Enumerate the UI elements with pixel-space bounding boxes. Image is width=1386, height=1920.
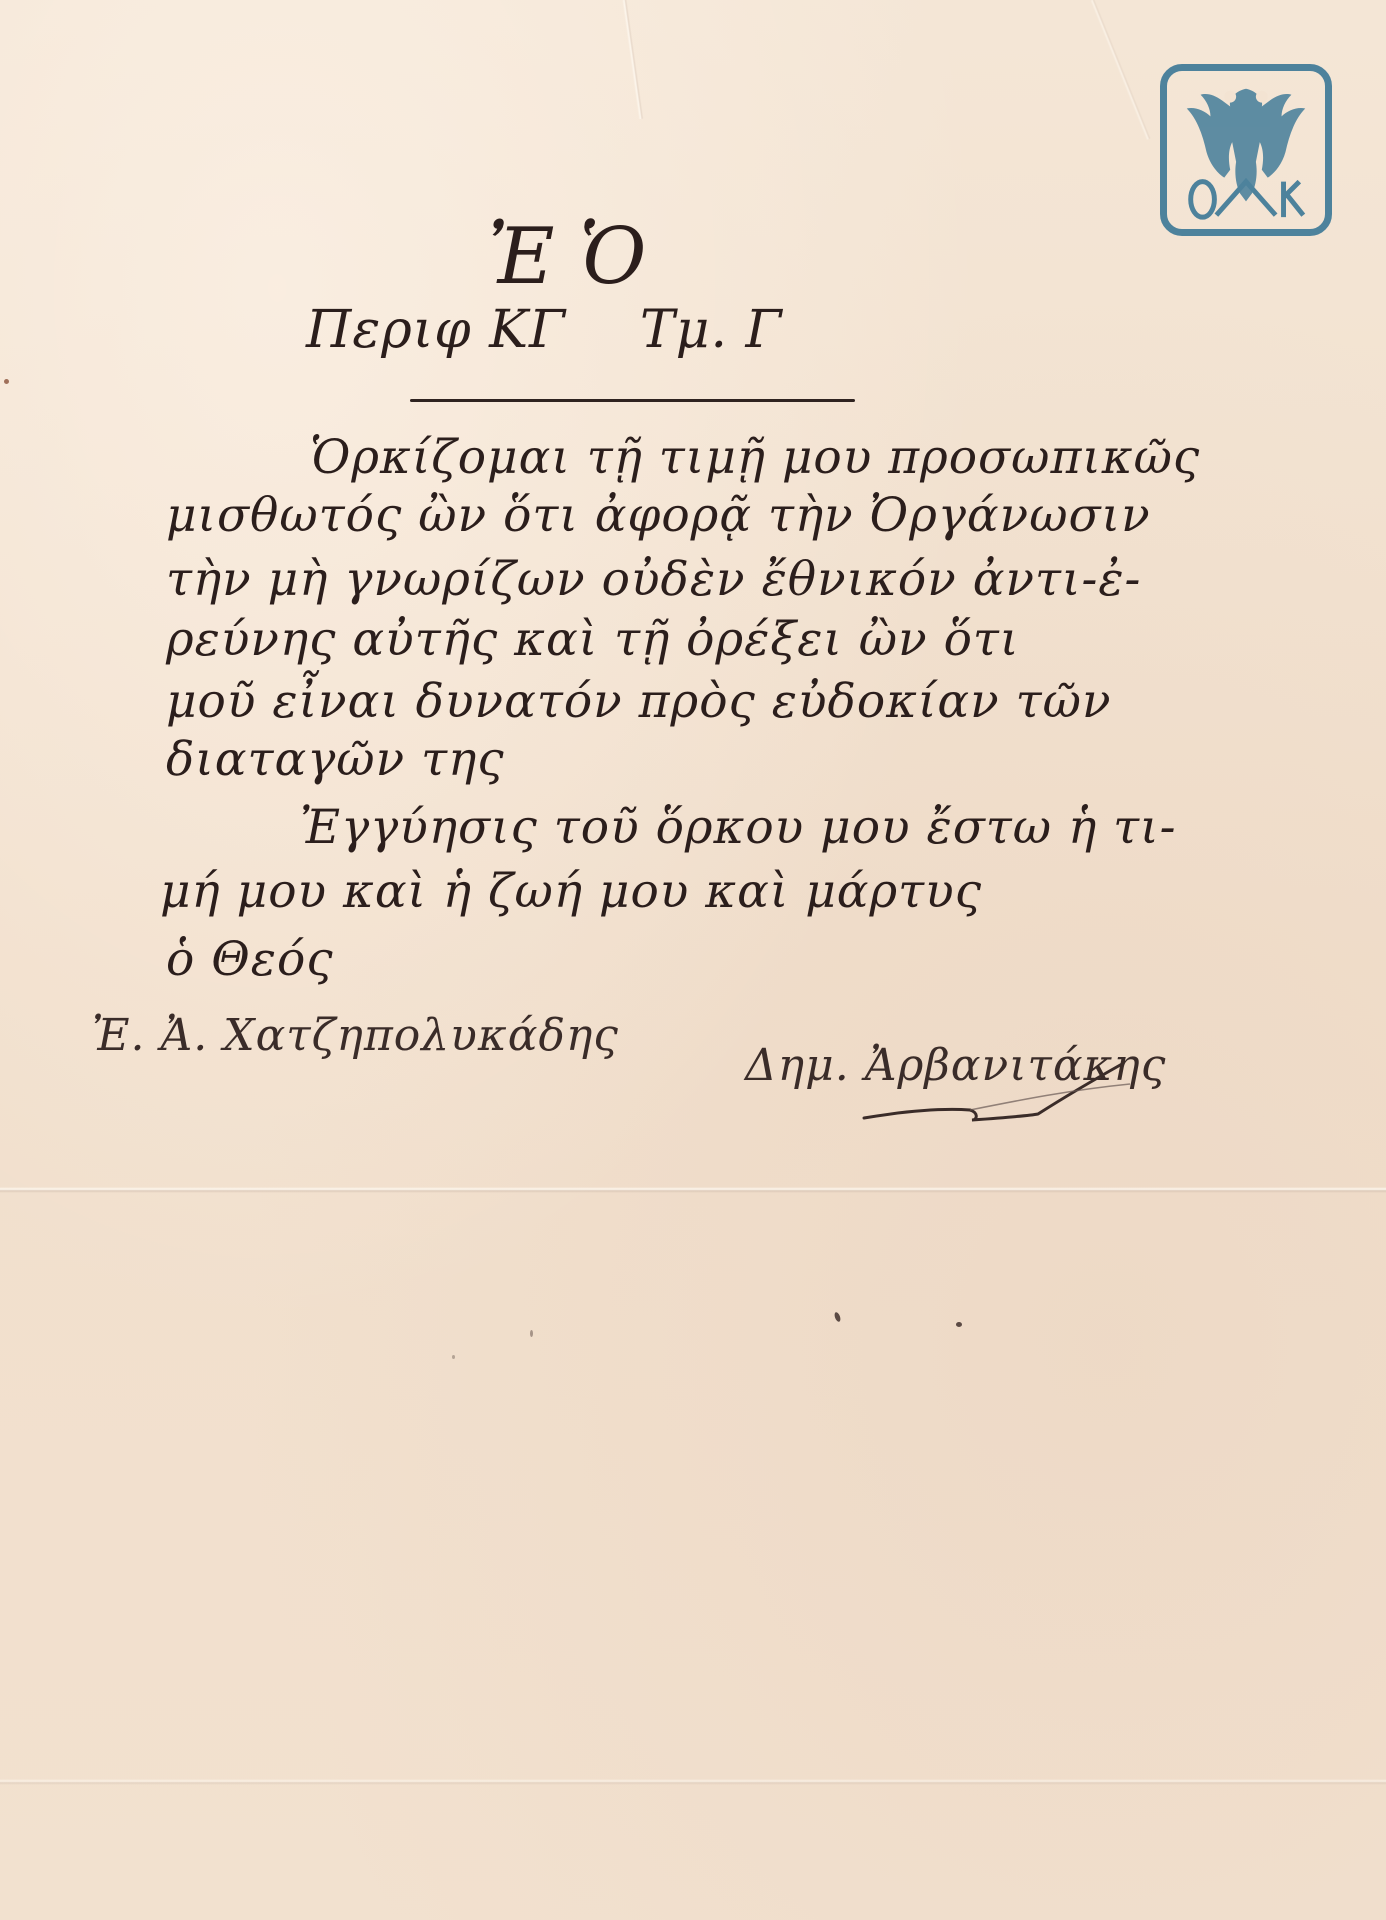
body-line-8: μή μου καὶ ἡ ζωή μου καὶ μάρτυς — [160, 864, 982, 919]
horizontal-fold-crease — [0, 1187, 1386, 1193]
letter-sheet: Ἐ Ὁ Περιφ ΚΓ Τμ. Γ Ὁρκίζομαι τῇ τιμῇ μου… — [0, 0, 1386, 1920]
body-line-7: Ἐγγύησις τοῦ ὅρκου μου ἔστω ἡ τι- — [300, 800, 1176, 855]
eagle-seal-stamp — [1160, 64, 1332, 236]
body-line-4: ρεύνης αὐτῆς καὶ τῇ ὀρέξει ὢν ὅτι — [166, 612, 1019, 667]
horizontal-fold-crease-lower — [0, 1779, 1386, 1785]
signature-left: Ἐ. Ἀ. Χατζηπολυκάδης — [92, 1010, 619, 1061]
body-line-5: μοῦ εἶναι δυνατόν πρὸς εὐδοκίαν τῶν — [166, 674, 1112, 729]
body-line-6: διαταγῶν της — [166, 732, 505, 787]
header-rule — [410, 399, 855, 402]
diagonal-crease — [1090, 0, 1151, 140]
ink-speck — [956, 1322, 962, 1327]
header-marks: Ἐ Ὁ — [488, 212, 646, 302]
body-line-3: τὴν μὴ γνωρίζων οὐδὲν ἔθνικόν ἀντι-ἐ- — [166, 552, 1141, 607]
ink-speck — [833, 1311, 841, 1322]
body-line-2: μισθωτός ὢν ὅτι ἀφορᾷ τὴν Ὀργάνωσιν — [166, 488, 1151, 543]
body-line-9: ὁ Θεός — [166, 932, 334, 987]
vertical-fold-crease — [622, 0, 644, 119]
body-line-1: Ὁρκίζομαι τῇ τιμῇ μου προσωπικῶς — [310, 430, 1200, 485]
header-left: Περιφ ΚΓ — [306, 300, 566, 360]
double-headed-eagle-icon — [1167, 71, 1325, 229]
ink-speck — [530, 1330, 533, 1337]
header-right: Τμ. Γ — [640, 300, 783, 360]
signature-flourish — [860, 1060, 1150, 1130]
ink-speck — [4, 379, 9, 384]
ink-speck — [452, 1355, 455, 1359]
